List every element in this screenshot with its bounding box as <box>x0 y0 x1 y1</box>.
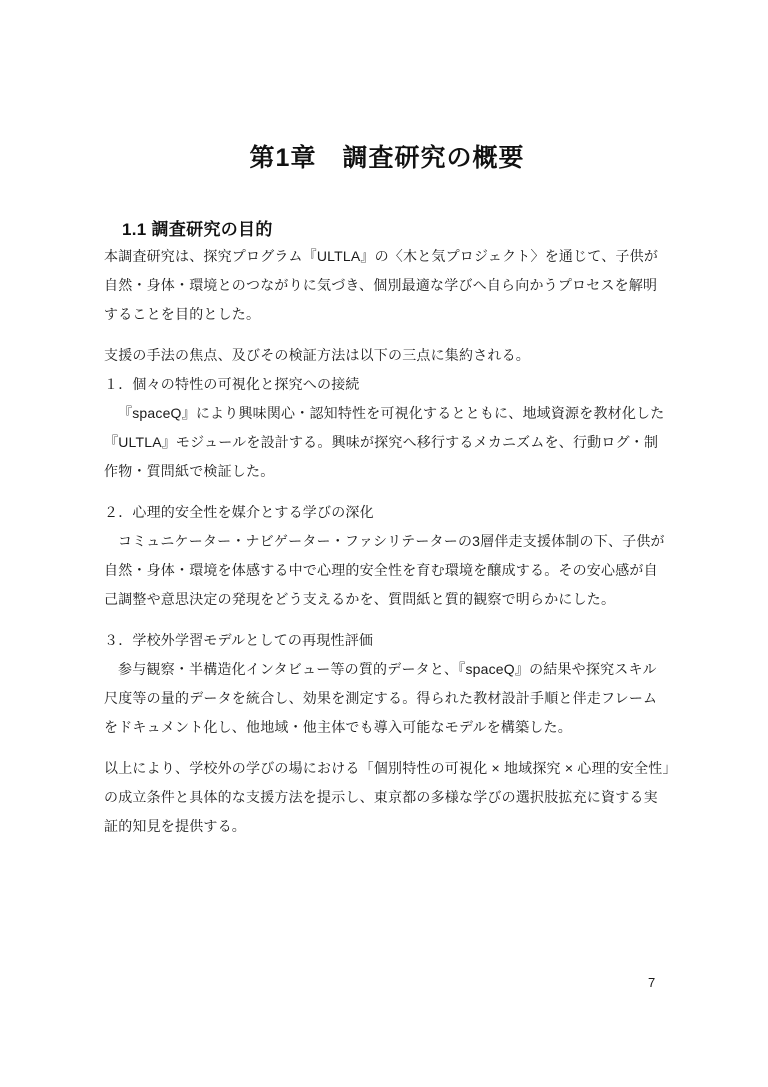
section-heading: 1.1 調査研究の目的 <box>104 218 670 242</box>
page-content: 第1章 調査研究の概要 1.1 調査研究の目的 本調査研究は、探究プログラム『U… <box>104 142 670 841</box>
document-page: 第1章 調査研究の概要 1.1 調査研究の目的 本調査研究は、探究プログラム『U… <box>0 0 768 1087</box>
item-1-body: 『spaceQ』により興味関心・認知特性を可視化するとともに、地域資源を教材化し… <box>104 399 670 486</box>
chapter-title: 第1章 調査研究の概要 <box>104 142 670 175</box>
item-2-body: コミュニケーター・ナビゲーター・ファシリテーターの3層伴走支援体制の下、子供が自… <box>104 527 670 614</box>
item-3-body: 参与観察・半構造化インタビュー等の質的データと、『spaceQ』の結果や探究スキ… <box>104 655 670 742</box>
item-3-title: ３．学校外学習モデルとしての再現性評価 <box>104 626 670 655</box>
page-number: 7 <box>648 974 655 992</box>
item-2-block: ２．心理的安全性を媒介とする学びの深化 コミュニケーター・ナビゲーター・ファシリ… <box>104 498 670 614</box>
lead-paragraph: 支援の手法の焦点、及びその検証方法は以下の三点に集約される。 <box>104 341 670 370</box>
intro-paragraph: 本調査研究は、探究プログラム『ULTLA』の〈木と気プロジェクト〉を通じて、子供… <box>104 242 670 329</box>
item-1-title: １．個々の特性の可視化と探究への接続 <box>104 370 670 399</box>
focus-block: 支援の手法の焦点、及びその検証方法は以下の三点に集約される。 １．個々の特性の可… <box>104 341 670 486</box>
conclusion-paragraph: 以上により、学校外の学びの場における「個別特性の可視化 × 地域探究 × 心理的… <box>104 754 670 841</box>
item-3-block: ３．学校外学習モデルとしての再現性評価 参与観察・半構造化インタビュー等の質的デ… <box>104 626 670 742</box>
item-2-title: ２．心理的安全性を媒介とする学びの深化 <box>104 498 670 527</box>
